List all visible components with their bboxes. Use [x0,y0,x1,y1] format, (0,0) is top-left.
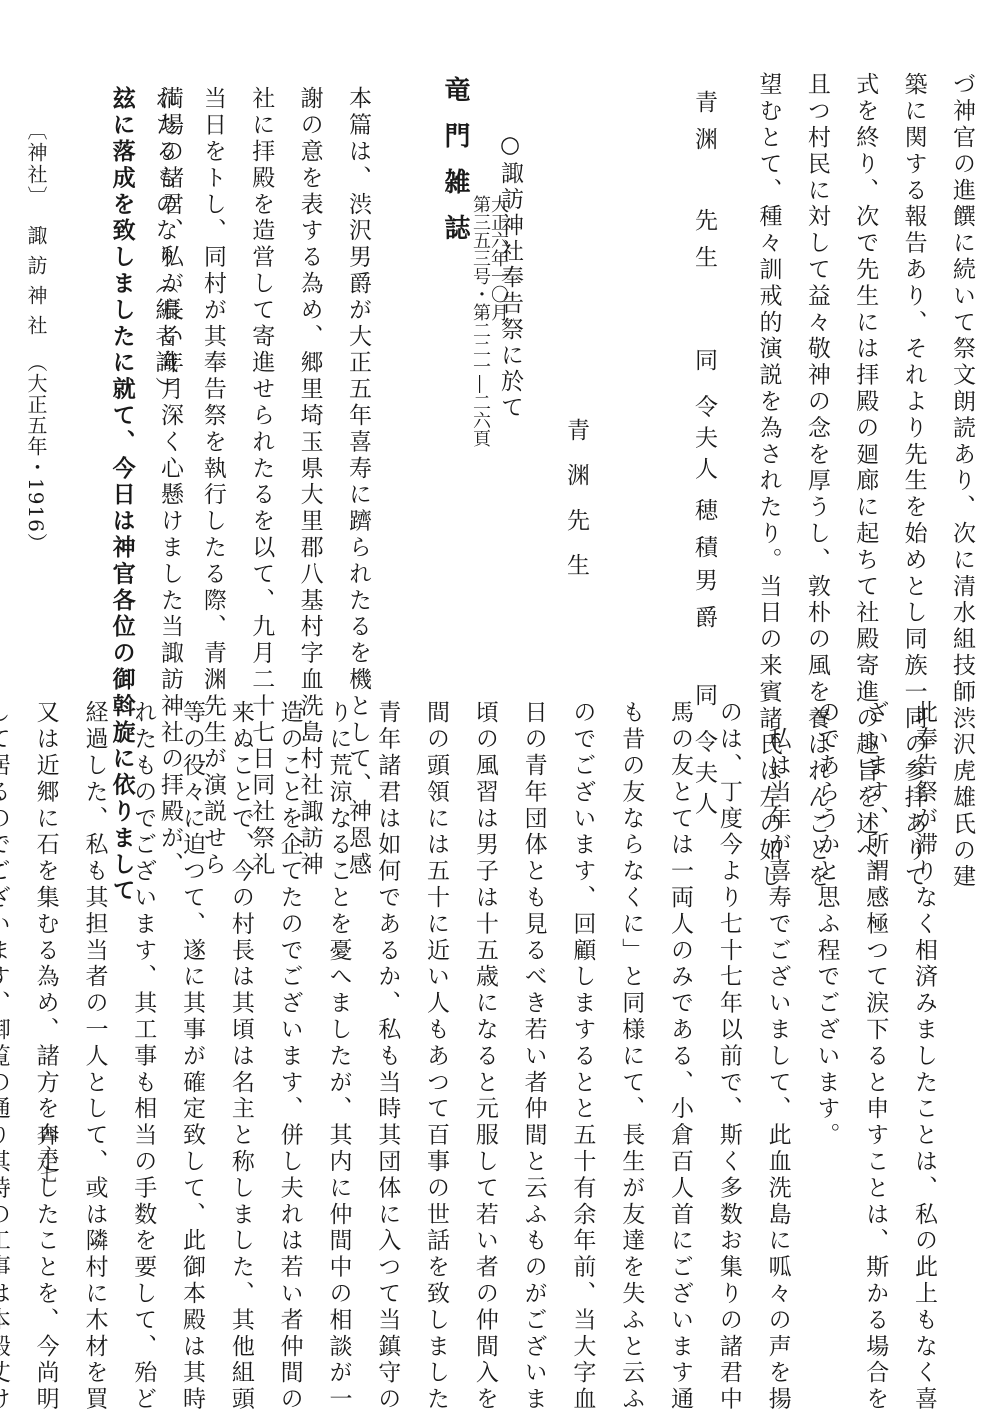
text-line: 築に関する報告あり、それより先生を始めとし同族一同の参拝ありて [898,72,931,672]
text-line: 来ぬことで、今の村長は其頃は名主と称しました、其他組頭、百姓代 [225,700,258,1320]
footer-shrine: 諏訪神社 [26,225,46,345]
text-line: 本篇は、渋沢男爵が大正五年喜寿に躋られたるを機として、神恩感 [342,86,375,686]
text-line: 間の頭領には五十に近い人もあつて百事の世話を致しました、現今の [420,700,453,1320]
attendee-list: 青渊先生同 令夫人穂積男爵同 令夫人 [673,90,722,670]
text-line: 当日をトし、同村が其奉告祭を執行したる際、青渊先生が演説せら [197,86,230,686]
text-line: ざいます、所謂感極つて涙下ると申すことは、斯かる場合を形容した [859,700,892,1320]
text-line: 玆に落成を致しましたに就て、今日は神官各位の御斡旋に依りまして [106,86,139,686]
footer-year: （大正五年・1916） [26,352,46,554]
text-line: 造のことを企てたのでございます、併し夫れは若い者仲間のみでは出 [274,700,307,1320]
text-line: りに荒涼なることを憂へましたが、其内に仲間中の相談が一決して改 [322,700,355,1320]
continuation-paragraph: づ神官の進饌に続いて祭文朗読あり、次に清水組技師渋沢虎雄氏の建 築に関する報告あ… [737,72,979,672]
text-line: 望むとて、種々訓戒的演説を為されたり。当日の来賓諸氏は左の如し [752,72,785,672]
page-number: 四六七 [38,1125,56,1185]
attendee-row: 青渊先生同 令夫人穂積男爵同 令夫人 [688,90,721,670]
text-line: 社に拝殿を造営して寄進せられたるを以て、九月二十七日同社祭礼 [245,86,278,686]
text-line: して居るのでございます、御覧の通り其時の工事は本殿丈けは落成致 [0,700,14,1320]
article-title: ○諏訪神社奉告祭に於て [498,132,521,421]
text-line: れたものでございます、其工事も相当の手数を要して、殆ど三年余を [127,700,160,1320]
attendee-name: 男爵 [688,568,721,683]
text-line: 又は近郷に石を集むる為め、諸方を奔走したことを、今尚明瞭に記憶 [30,700,63,1320]
text-line: も昔の友ならなくに」と同様にて、長生が友達を失ふと云ふやうなも [615,700,648,1320]
attendee-name: 青渊 [688,90,721,208]
text-line: 式を終り、次で先生には拝殿の廻廊に起ちて社殿寄進の趣旨を述べ、 [849,72,882,672]
issue-info-line1: 第三五三号・第二二一―二六頁 [470,195,489,447]
text-line: 私は当年が喜寿でございまして、此血洗島に呱々の声を揚げました [762,700,795,1320]
text-line: 経過した、私も其担当者の一人として、或は隣村に木材を買ひ求め、 [78,700,111,1320]
speech-continuation: 此奉告祭が滞りなく相済みましたことは、私の此上もなく喜ぶ所でご ざいます、所謂感… [0,700,941,1320]
text-line: 満場の諸君、私が長い年月深く心懸けました当諏訪神社の拝殿が、 [154,86,187,686]
attendee-title: 同 令夫人 [688,348,721,498]
text-line: 日の青年団体とも見るべき若い者仲間と云ふものがございました、其 [518,700,551,1320]
text-line: のであらうかと思ふ程でございます。 [810,700,843,1320]
text-line: 頃の風習は男子は十五歳になると元服して若い者の仲間入をする、仲 [469,700,502,1320]
text-line: 且つ村民に対して益々敬神の念を厚うし、敦朴の風を養はれんことを [801,72,834,672]
attendee-name: 穂積 [688,498,721,568]
text-line: 此奉告祭が滞りなく相済みましたことは、私の此上もなく喜ぶ所でご [908,700,941,1320]
text-line: 等の役々に迫つて、遂に其事が確定致して、此御本殿は其時に改造さ [176,700,209,1320]
text-line: のは、丁度今より七十七年以前で、斯く多数お集りの諸君中にも、竹 [713,700,746,1320]
magazine-title: 竜門雑誌 [442,76,468,260]
speech-opening: 満場の諸君、私が長い年月深く心懸けました当諏訪神社の拝殿が、 玆に落成を致しまし… [90,86,187,686]
text-line: 青年諸君は如何であるか、私も当時其団体に入つて当鎮守の本殿の余 [371,700,404,1320]
footer-category: 〔神社〕 [26,120,46,208]
text-line: 謝の意を表する為め、郷里埼玉県大里郡八基村字血洗島村社諏訪神 [294,86,327,686]
attendee-name: 先生 [688,208,721,348]
text-line: づ神官の進饌に続いて祭文朗読あり、次に清水組技師渋沢虎雄氏の建 [946,72,979,672]
text-line: のでございます、回顧しまするとと五十有余年前、当大字血洗島にも今 [566,700,599,1320]
author-name: 青渊先生 [564,418,587,598]
text-line: 馬の友とては一両人のみである、小倉百人首にございます通り「まつ [664,700,697,1320]
